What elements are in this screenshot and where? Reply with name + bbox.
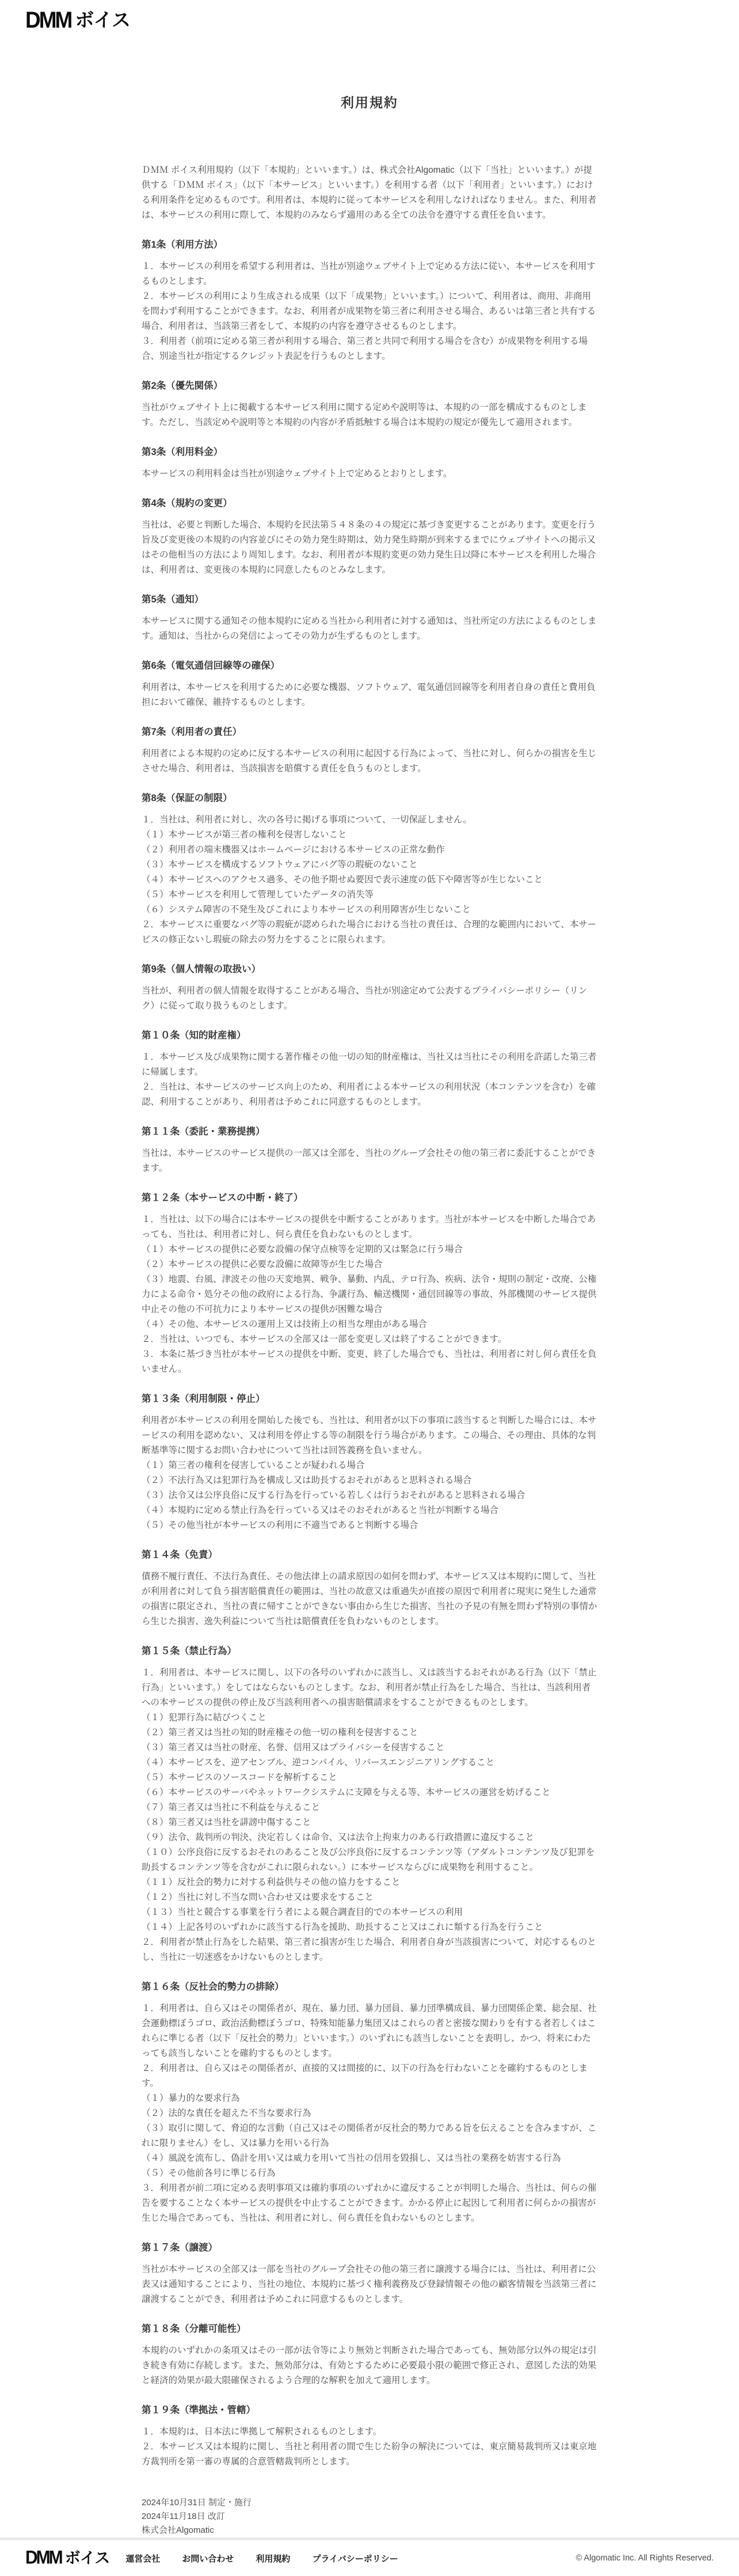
section-line: ３．本条に基づき当社が本サービスの提供を中断、変更、終了した場合でも、当社は、利… [142,1347,597,1377]
section-line: （２）第三者又は当社の知的財産権その他一切の権利を侵害すること [142,1725,597,1740]
section-line: （６）本サービスのサーバやネットワークシステムに支障を与える等、本サービスの運営… [142,1785,597,1800]
section-line: １．利用者は、自ら又はその関係者が、現在、暴力団、暴力団員、暴力団準構成員、暴力… [142,2001,597,2061]
section-line: （７）第三者又は当社に不利益を与えること [142,1800,597,1815]
section-heading: 第4条（規約の変更） [142,496,597,510]
site-header: DMM ボイス [0,0,739,36]
section-body: 本サービスの利用料金は当社が別途ウェブサイト上で定めるとおりとします。 [142,466,597,481]
section-body: 当社は、必要と判断した場合、本規約を民法第５４８条の４の規定に基づき変更すること… [142,518,597,578]
section-heading: 第1条（利用方法） [142,238,597,252]
site-footer: DMM ボイス 運営会社お問い合わせ利用規約プライバシーポリシー © Algom… [0,2537,739,2576]
section-body: 当社が本サービスの全部又は一部を当社のグループ会社その他の第三者に譲渡する場合に… [142,2262,597,2307]
section-heading: 第7条（利用者の責任） [142,725,597,739]
section-heading: 第１４条（免責） [142,1548,597,1562]
section-line: 利用者が本サービスの利用を開始した後でも、当社は、利用者が以下の事項に該当すると… [142,1413,597,1458]
section-line: １．本サービスの利用を希望する利用者は、当社が別途ウェブサイト上で定める方法に従… [142,259,597,289]
terms-section: 第１３条（利用制限・停止） 利用者が本サービスの利用を開始した後でも、当社は、利… [142,1392,597,1533]
terms-intro: ＤＭＭ ボイス利用規約（以下「本規約」といいます。）は、株式会社Algomati… [142,163,597,223]
section-line: （１）暴力的な要求行為 [142,2091,597,2106]
section-line: （１）犯罪行為に結びつくこと [142,1710,597,1725]
date-line: 2024年10月31日 制定・施行 [142,2496,597,2510]
section-body: 本規約のいずれかの条項又はその一部が法令等により無効と判断された場合であっても、… [142,2343,597,2388]
section-heading: 第9条（個人情報の取扱い） [142,962,597,976]
date-line: 2024年11月18日 改訂 [142,2510,597,2524]
page: DMM ボイス 利用規約 ＤＭＭ ボイス利用規約（以下「本規約」といいます。）は… [0,0,739,2576]
copyright-text: © Algomatic Inc. All Rights Reserved. [576,2554,714,2563]
section-line: ２．当社は、いつでも、本サービスの全部又は一部を変更し又は終了することができます… [142,1332,597,1347]
section-body: １．本サービス及び成果物に関する著作権その他一切の知的財産権は、当社又は当社にそ… [142,1050,597,1110]
section-body: 当社は、本サービスのサービス提供の一部又は全部を、当社のグループ会社その他の第三… [142,1146,597,1176]
section-line: （６）システム障害の不発生及びこれにより本サービスの利用障害が生じないこと [142,902,597,917]
section-line: （４）風説を流布し、偽計を用い又は威力を用いて当社の信用を毀損し、又は当社の業務… [142,2151,597,2166]
section-line: （４）その他、本サービスの運用上又は技術上の相当な理由がある場合 [142,1317,597,1332]
terms-section: 第4条（規約の変更） 当社は、必要と判断した場合、本規約を民法第５４８条の４の規… [142,496,597,578]
section-heading: 第3条（利用料金） [142,445,597,459]
section-line: （３）本サービスを構成するソフトウェアにバグ等の瑕疵のないこと [142,858,597,872]
section-line: （３）法令又は公序良俗に反する行為を行っている若しくは行うおそれがあると思料され… [142,1488,597,1503]
section-line: （２）法的な責任を超えた不当な要求行為 [142,2106,597,2121]
footer-inner: DMM ボイス 運営会社お問い合わせ利用規約プライバシーポリシー © Algom… [0,2540,739,2576]
section-line: （４）本サービスを、逆アセンブル、逆コンパイル、リバースエンジニアリングすること [142,1755,597,1770]
terms-section: 第7条（利用者の責任） 利用者による本規約の定めに反する本サービスの利用に起因す… [142,725,597,776]
section-line: （１）第三者の権利を侵害していることが疑われる場合 [142,1458,597,1473]
section-line: （９）法令、裁判所の判決、決定若しくは命令、又は法令上拘束力のある行政措置に違反… [142,1830,597,1845]
logo-dmm-text: DMM [25,9,71,32]
section-heading: 第5条（通知） [142,593,597,606]
terms-section: 第3条（利用料金） 本サービスの利用料金は当社が別途ウェブサイト上で定めるとおり… [142,445,597,481]
section-line: （５）その他前各号に準じる行為 [142,2166,597,2181]
section-line: ２．本サービス又は本規約に関し、当社と利用者の間で生じた紛争の解決については、東… [142,2440,597,2469]
intro-paragraph: ＤＭＭ ボイス利用規約（以下「本規約」といいます。）は、株式会社Algomati… [142,163,597,223]
terms-section: 第6条（電気通信回線等の確保） 利用者は、本サービスを利用するために必要な機器、… [142,659,597,710]
section-heading: 第１５条（禁止行為） [142,1644,597,1658]
section-line: ２．利用者が禁止行為をした結果、第三者に損害が生じた場合、利用者自身が当該損害に… [142,1935,597,1965]
logo-voice-text: ボイス [75,10,130,29]
section-line: ２．本サービスに重要なバグ等の瑕疵が認められた場合における当社の責任は、合理的な… [142,917,597,947]
section-line: （１４）上記各号のいずれかに該当する行為を援助、助長すること又はこれに類する行為… [142,1920,597,1935]
section-heading: 第１１条（委託・業務提携） [142,1125,597,1139]
section-line: １．本サービス及び成果物に関する著作権その他一切の知的財産権は、当社又は当社にそ… [142,1050,597,1080]
section-heading: 第１９条（準拠法・管轄） [142,2403,597,2417]
section-body: １．当社は、以下の場合には本サービスの提供を中断することがあります。当社が本サー… [142,1212,597,1377]
section-line: （３）地震、台風、津波その他の天変地異、戦争、暴動、内乱、テロ行為、疾病、法令・… [142,1272,597,1317]
terms-section: 第5条（通知） 本サービスに関する通知その他本規約に定める当社から利用者に対する… [142,593,597,644]
section-line: ２．本サービスの利用により生成される成果（以下「成果物」といいます。）について、… [142,289,597,334]
section-line: （４）本規約に定める禁止行為を行っている又はそのおそれがあると当社が判断する場合 [142,1503,597,1518]
date-line: 株式会社Algomatic [142,2524,597,2537]
section-line: （２）利用者の端末機器又はホームページにおける本サービスの正常な動作 [142,843,597,858]
section-heading: 第１２条（本サービスの中断・終了） [142,1191,597,1205]
section-body: １．利用者は、本サービスに関し、以下の各号のいずれかに該当し、又は該当するおそれ… [142,1666,597,1965]
section-body: １．当社は、利用者に対し、次の各号に掲げる事項について、一切保証しません。（１）… [142,813,597,947]
footer-dmm-voice-logo[interactable]: DMM ボイス [25,2550,109,2567]
section-line: （８）第三者又は当社を誹謗中傷すること [142,1815,597,1830]
section-body: １．本規約は、日本法に準拠して解釈されるものとします。２．本サービス又は本規約に… [142,2425,597,2469]
section-heading: 第１７条（譲渡） [142,2241,597,2255]
section-body: １．本サービスの利用を希望する利用者は、当社が別途ウェブサイト上で定める方法に従… [142,259,597,364]
terms-section: 第１８条（分離可能性） 本規約のいずれかの条項又はその一部が法令等により無効と判… [142,2322,597,2388]
section-line: （１）本サービスが第三者の権利を侵害しないこと [142,828,597,843]
section-heading: 第6条（電気通信回線等の確保） [142,659,597,673]
footer-nav: 運営会社お問い合わせ利用規約プライバシーポリシー [125,2552,398,2564]
footer-link-company[interactable]: 運営会社 [125,2552,160,2564]
section-line: （２）本サービスの提供に必要な設備に故障等が生じた場合 [142,1257,597,1272]
footer-logo-voice-text: ボイス [65,2551,110,2566]
terms-section: 第１６条（反社会的勢力の排除） １．利用者は、自ら又はその関係者が、現在、暴力団… [142,1980,597,2226]
terms-section: 第1条（利用方法） １．本サービスの利用を希望する利用者は、当社が別途ウェブサイ… [142,238,597,364]
terms-section: 第１４条（免責） 債務不履行責任、不法行為責任、その他法律上の請求原因の如何を問… [142,1548,597,1629]
terms-document: 利用規約 ＤＭＭ ボイス利用規約（以下「本規約」といいます。）は、株式会社Alg… [142,36,597,2537]
section-line: （４）本サービスへのアクセス過多、その他予期せぬ要因で表示速度の低下や障害等が生… [142,872,597,887]
terms-section: 第１１条（委託・業務提携） 当社は、本サービスのサービス提供の一部又は全部を、当… [142,1125,597,1176]
section-line: 利用者による本規約の定めに反する本サービスの利用に起因する行為によって、当社に対… [142,746,597,776]
section-line: （５）本サービスのソースコードを解析すること [142,1770,597,1785]
terms-section: 第8条（保証の制限） １．当社は、利用者に対し、次の各号に掲げる事項について、一… [142,791,597,947]
section-line: ３．利用者が前二項に定める表明事項又は確約事項のいずれかに違反することが判明した… [142,2181,597,2226]
section-line: （２）不法行為又は犯罪行為を構成し又は助長するおそれがあると思料される場合 [142,1473,597,1488]
section-heading: 第8条（保証の制限） [142,791,597,805]
section-body: 利用者は、本サービスを利用するために必要な機器、ソフトウェア、電気通信回線等を利… [142,680,597,710]
section-heading: 第１８条（分離可能性） [142,2322,597,2336]
section-line: 当社がウェブサイト上に掲載する本サービス利用に関する定めや説明等は、本規約の一部… [142,400,597,430]
section-line: （１０）公序良俗に反するおそれのあること及び公序良俗に反するコンテンツ等（アダル… [142,1845,597,1875]
section-line: 本サービスに関する通知その他本規約に定める当社から利用者に対する通知は、当社所定… [142,614,597,644]
section-body: 利用者が本サービスの利用を開始した後でも、当社は、利用者が以下の事項に該当すると… [142,1413,597,1533]
terms-section: 第１０条（知的財産権） １．本サービス及び成果物に関する著作権その他一切の知的財… [142,1029,597,1110]
footer-link-contact[interactable]: お問い合わせ [182,2552,234,2564]
terms-section: 第2条（優先関係） 当社がウェブサイト上に掲載する本サービス利用に関する定めや説… [142,379,597,430]
section-heading: 第１３条（利用制限・停止） [142,1392,597,1406]
section-heading: 第１０条（知的財産権） [142,1029,597,1042]
section-body: 利用者による本規約の定めに反する本サービスの利用に起因する行為によって、当社に対… [142,746,597,776]
section-line: ２．利用者は、自ら又はその関係者が、直接的又は間接的に、以下の行為を行わないこと… [142,2061,597,2091]
terms-section: 第9条（個人情報の取扱い） 当社が、利用者の個人情報を取得することがある場合、当… [142,962,597,1014]
section-line: （１３）当社と競合する事業を行う者による競合調査目的での本サービスの利用 [142,1905,597,1920]
section-line: 利用者は、本サービスを利用するために必要な機器、ソフトウェア、電気通信回線等を利… [142,680,597,710]
section-line: １．当社は、利用者に対し、次の各号に掲げる事項について、一切保証しません。 [142,813,597,828]
section-line: ２．当社は、本サービスのサービス向上のため、利用者による本サービスの利用状況（本… [142,1080,597,1110]
section-body: 当社が、利用者の個人情報を取得することがある場合、当社が別途定めて公表するプライ… [142,984,597,1014]
section-body: 当社がウェブサイト上に掲載する本サービス利用に関する定めや説明等は、本規約の一部… [142,400,597,430]
section-line: １．利用者は、本サービスに関し、以下の各号のいずれかに該当し、又は該当するおそれ… [142,1666,597,1710]
terms-section: 第１９条（準拠法・管轄） １．本規約は、日本法に準拠して解釈されるものとします。… [142,2403,597,2469]
section-heading: 第１６条（反社会的勢力の排除） [142,1980,597,1994]
footer-link-privacy[interactable]: プライバシーポリシー [312,2552,398,2564]
section-line: （１２）当社に対し不当な問い合わせ又は要求をすること [142,1890,597,1905]
section-body: 本サービスに関する通知その他本規約に定める当社から利用者に対する通知は、当社所定… [142,614,597,644]
section-line: 当社は、本サービスのサービス提供の一部又は全部を、当社のグループ会社その他の第三… [142,1146,597,1176]
section-line: 当社が本サービスの全部又は一部を当社のグループ会社その他の第三者に譲渡する場合に… [142,2262,597,2307]
section-body: 債務不履行責任、不法行為責任、その他法律上の請求原因の如何を問わず、本サービス又… [142,1569,597,1629]
section-line: （１１）反社会的勢力に対する利益供与その他の協力をすること [142,1875,597,1890]
dmm-voice-logo[interactable]: DMM ボイス [25,9,130,31]
enactment-dates: 2024年10月31日 制定・施行2024年11月18日 改訂株式会社Algom… [142,2496,597,2537]
footer-logo-dmm-text: DMM [25,2549,62,2567]
section-line: 当社は、必要と判断した場合、本規約を民法第５４８条の４の規定に基づき変更すること… [142,518,597,578]
section-line: １．本規約は、日本法に準拠して解釈されるものとします。 [142,2425,597,2440]
terms-section: 第１５条（禁止行為） １．利用者は、本サービスに関し、以下の各号のいずれかに該当… [142,1644,597,1965]
section-line: 債務不履行責任、不法行為責任、その他法律上の請求原因の如何を問わず、本サービス又… [142,1569,597,1629]
section-line: （１）本サービスの提供に必要な設備の保守点検等を定期的又は緊急に行う場合 [142,1242,597,1257]
terms-sections: 第1条（利用方法） １．本サービスの利用を希望する利用者は、当社が別途ウェブサイ… [142,238,597,2469]
section-line: １．当社は、以下の場合には本サービスの提供を中断することがあります。当社が本サー… [142,1212,597,1242]
section-line: 本サービスの利用料金は当社が別途ウェブサイト上で定めるとおりとします。 [142,466,597,481]
section-heading: 第2条（優先関係） [142,379,597,393]
section-line: （３）第三者又は当社の財産、名誉、信用又はプライバシーを侵害すること [142,1740,597,1755]
section-line: ３．利用者（前項に定める第三者が利用する場合、第三者と共同で利用する場合を含む）… [142,334,597,364]
page-title: 利用規約 [142,92,597,111]
footer-link-terms[interactable]: 利用規約 [256,2552,290,2564]
section-body: １．利用者は、自ら又はその関係者が、現在、暴力団、暴力団員、暴力団準構成員、暴力… [142,2001,597,2226]
section-line: 本規約のいずれかの条項又はその一部が法令等により無効と判断された場合であっても、… [142,2343,597,2388]
section-line: （３）取引に関して、脅迫的な言動（自己又はその関係者が反社会的勢力である旨を伝え… [142,2121,597,2151]
section-line: 当社が、利用者の個人情報を取得することがある場合、当社が別途定めて公表するプライ… [142,984,597,1014]
terms-section: 第１２条（本サービスの中断・終了） １．当社は、以下の場合には本サービスの提供を… [142,1191,597,1377]
terms-section: 第１７条（譲渡） 当社が本サービスの全部又は一部を当社のグループ会社その他の第三… [142,2241,597,2307]
section-line: （５）その他当社が本サービスの利用に不適当であると判断する場合 [142,1518,597,1533]
section-line: （５）本サービスを利用して管理していたデータの消失等 [142,887,597,902]
